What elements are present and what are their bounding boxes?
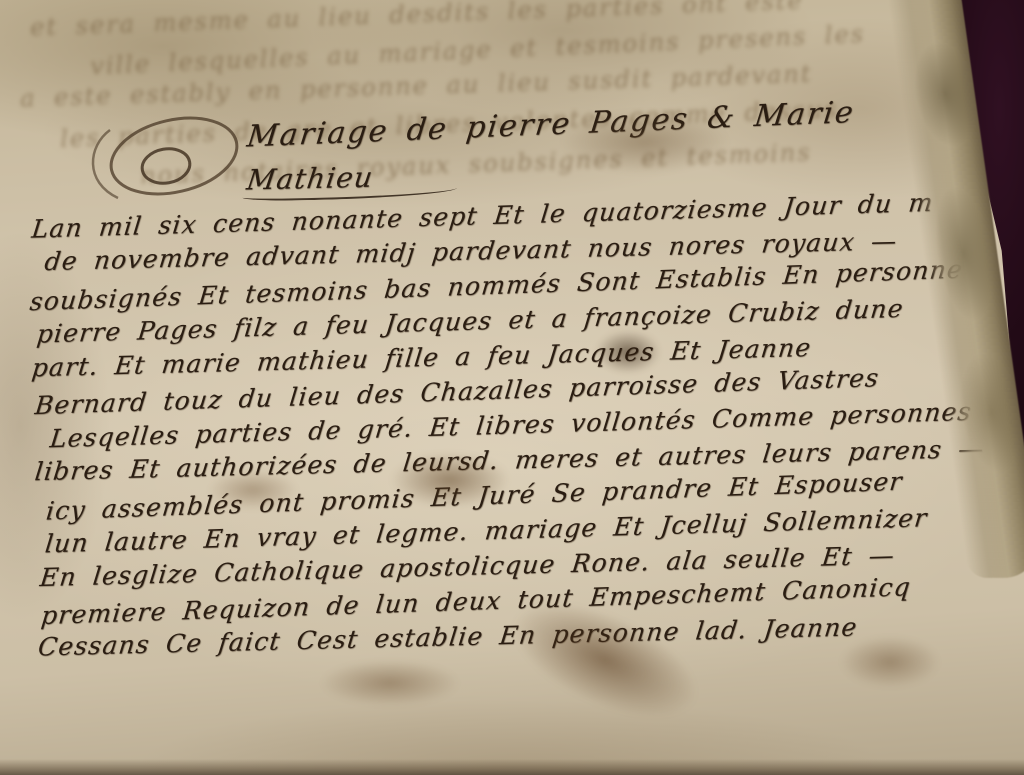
parchment-page: et sera mesme au lieu desdits les partie…	[0, 0, 1024, 775]
entry-title-line2: Mathieu	[242, 159, 461, 202]
ink-stain	[390, 452, 510, 508]
entry-title-line1: Mariage de pierre Pages & Marie	[245, 95, 857, 155]
page-bottom-shadow	[0, 759, 1024, 775]
ink-stain	[208, 470, 298, 510]
ink-stain	[560, 110, 730, 174]
ink-stain	[840, 636, 940, 688]
ink-stain	[320, 660, 460, 706]
ink-stain	[595, 330, 661, 374]
entry-title-underline: Mathieu	[242, 159, 461, 202]
manuscript-photo: et sera mesme au lieu desdits les partie…	[0, 0, 1024, 775]
